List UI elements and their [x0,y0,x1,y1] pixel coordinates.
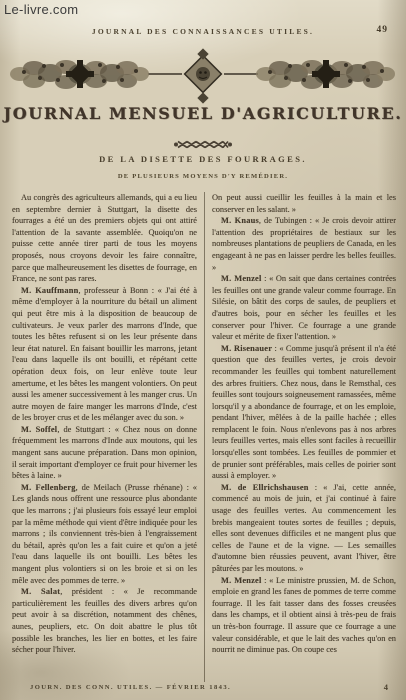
speaker-name: M. Soffel [21,425,57,434]
page-number: 49 [377,25,389,35]
speaker-name: M. Fellenberg [21,483,76,492]
paragraph-text: , de Meilach (Prusse rhénane) : « Les gl… [12,483,197,585]
ornamental-divider-icon [10,48,396,104]
speaker-name: M. Salat [21,587,60,596]
article-body: Au congrès des agriculteurs allemands, q… [12,192,396,682]
paragraph-text: , professeur à Bonn : « J'ai été à même … [12,286,197,423]
paragraph: M. Soffel, de Stuttgart : « Chez nous on… [12,424,197,482]
paragraph: M. Menzel : « Le ministre prussien, M. d… [212,575,396,656]
speaker-name: M. Menzel [221,274,261,283]
paragraph-text: , président : « Je recommande particuliè… [12,587,197,654]
page-footer: JOURN. DES CONN. UTILES. — FÉVRIER 1843.… [0,684,406,698]
article-title: DE LA DISETTE DES FOURRAGES. [0,154,406,164]
speaker-name: M. Risenauer [221,344,272,353]
paragraph-text: : « Le ministre prussien, M. de Schon, e… [212,576,396,655]
braid-ornament-icon [0,136,406,154]
signature-number: 4 [384,682,388,692]
speaker-name: M. Knaus [221,216,259,225]
running-header: JOURNAL DES CONNAISSANCES UTILES. [0,27,406,36]
paragraph: M. Fellenberg, de Meilach (Prusse rhénan… [12,482,197,586]
paragraph: M. de Ellrichshausen : « J'ai, cette ann… [212,482,396,575]
paragraph: M. Salat, président : « Je recommande pa… [12,586,197,656]
page-title: JOURNAL MENSUEL D'AGRICULTURE. [0,104,406,123]
paragraph: M. Kauffmann, professeur à Bonn : « J'ai… [12,285,197,424]
paragraph: M. Knaus, de Tubingen : « Je crois devoi… [212,215,396,273]
speaker-name: M. de Ellrichshausen [221,483,309,492]
paragraph: On peut aussi cueillir les feuilles à la… [212,192,396,215]
paragraph-text: : « On sait que dans certaines contrées … [212,274,396,341]
paragraph: Au congrès des agriculteurs allemands, q… [12,192,197,285]
paragraph: M. Risenauer : « Comme jusqu'à présent i… [212,343,396,482]
footer-imprint: JOURN. DES CONN. UTILES. — FÉVRIER 1843. [30,684,231,691]
paragraph-text: Au congrès des agriculteurs allemands, q… [12,193,197,283]
right-column: On peut aussi cueillir les feuilles à la… [204,192,396,682]
article-subtitle: DE PLUSIEURS MOYENS D'Y REMÉDIER. [0,173,406,180]
seller-watermark: Le-livre.com [4,2,78,17]
paragraph-text: On peut aussi cueillir les feuilles à la… [212,193,396,214]
paragraph-text: : « J'ai, cette année, commencé au mois … [212,483,396,573]
left-column: Au congrès des agriculteurs allemands, q… [12,192,204,682]
paragraph-text: : « Comme jusqu'à présent il n'a été que… [212,344,396,481]
speaker-name: M. Menzel [221,576,262,585]
speaker-name: M. Kauffmann [21,286,78,295]
paragraph: M. Menzel : « On sait que dans certaines… [212,273,396,343]
